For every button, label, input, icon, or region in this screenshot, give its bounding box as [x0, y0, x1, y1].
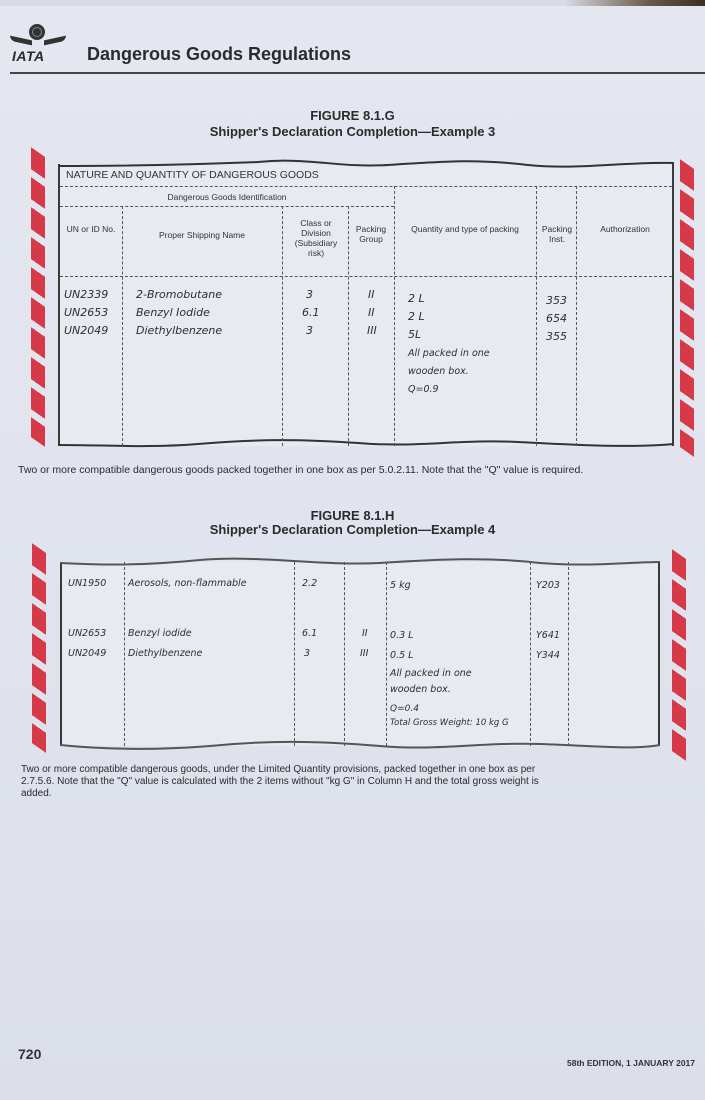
- un-number: UN2653: [64, 306, 108, 319]
- column-divider: [124, 562, 125, 746]
- figure-g-number: FIGURE 8.1.G: [0, 108, 705, 124]
- packing-inst: Y344: [536, 650, 560, 661]
- torn-top-edge: [60, 554, 660, 568]
- column-divider: [568, 562, 569, 746]
- left-hatch-border: [32, 543, 46, 753]
- iata-logo: IATA: [10, 24, 66, 68]
- class: 6.1: [302, 628, 317, 639]
- group-header: Dangerous Goods Identification: [60, 192, 394, 202]
- column-header-un: UN or ID No.: [62, 224, 120, 234]
- page-header: IATA Dangerous Goods Regulations: [10, 22, 705, 74]
- packing-group: III: [367, 324, 377, 337]
- column-divider: [282, 206, 283, 446]
- quantity: 0.3 L: [390, 630, 413, 641]
- right-hatch-border: [672, 549, 686, 761]
- packing-note: wooden box.: [408, 366, 469, 377]
- packing-note: wooden box.: [390, 684, 451, 695]
- column-divider: [348, 206, 349, 446]
- globe-icon: [29, 24, 45, 40]
- torn-bottom-edge: [60, 738, 660, 752]
- class: 6.1: [302, 306, 320, 319]
- figure-g-note: Two or more compatible dangerous goods p…: [18, 464, 705, 476]
- shipping-name: Diethylbenzene: [136, 324, 222, 337]
- un-number: UN2049: [64, 324, 108, 337]
- edition-label: 58th EDITION, 1 JANUARY 2017: [567, 1058, 695, 1068]
- figure-h-form: UN1950 Aerosols, non-flammable 2.2 5 kg …: [60, 562, 660, 746]
- column-divider: [122, 206, 123, 446]
- figure-g-title: Shipper's Declaration Completion—Example…: [0, 124, 705, 140]
- shipping-name: 2-Bromobutane: [136, 288, 222, 301]
- torn-top-edge: [58, 156, 674, 170]
- note-line: 2.7.5.6. Note that the "Q" value is calc…: [21, 776, 705, 788]
- left-hatch-border: [31, 147, 45, 447]
- wing-icon: [10, 36, 32, 46]
- class: 3: [306, 324, 313, 337]
- q-value: Q=0.4: [390, 704, 419, 714]
- un-number: UN1950: [68, 578, 106, 589]
- quantity: 2 L: [408, 292, 425, 305]
- divider: [60, 186, 672, 187]
- column-header-qty: Quantity and type of packing: [410, 224, 520, 234]
- quantity: 2 L: [408, 310, 425, 323]
- page-title: Dangerous Goods Regulations: [87, 44, 351, 65]
- un-number: UN2339: [64, 288, 108, 301]
- packing-inst: 355: [546, 330, 567, 343]
- column-divider: [530, 562, 531, 746]
- section-header: NATURE AND QUANTITY OF DANGEROUS GOODS: [66, 170, 319, 180]
- column-divider: [576, 186, 577, 446]
- column-divider: [536, 186, 537, 446]
- column-divider: [386, 562, 387, 746]
- packing-group: II: [368, 288, 375, 301]
- total-gross-weight: Total Gross Weight: 10 kg G: [390, 718, 509, 728]
- packing-note: All packed in one: [408, 348, 490, 359]
- column-header-pg: Packing Group: [350, 224, 392, 244]
- note-line: added.: [21, 788, 705, 800]
- un-number: UN2653: [68, 628, 106, 639]
- packing-inst: Y203: [536, 580, 560, 591]
- column-header-pi: Packing Inst.: [538, 224, 576, 244]
- packing-note: All packed in one: [390, 668, 472, 679]
- class: 2.2: [302, 578, 317, 589]
- packing-group: II: [368, 306, 375, 319]
- shipping-name: Diethylbenzene: [128, 648, 202, 659]
- packing-group: III: [360, 648, 368, 659]
- figure-h-title: Shipper's Declaration Completion—Example…: [0, 522, 705, 538]
- shipping-name: Aerosols, non-flammable: [128, 578, 247, 589]
- note-line: Two or more compatible dangerous goods, …: [21, 764, 705, 776]
- un-number: UN2049: [68, 648, 106, 659]
- logo-text: IATA: [12, 48, 45, 64]
- figure-g-form: NATURE AND QUANTITY OF DANGEROUS GOODS D…: [58, 164, 674, 446]
- packing-inst: Y641: [536, 630, 560, 641]
- wing-icon: [44, 36, 66, 46]
- packing-inst: 353: [546, 294, 567, 307]
- class: 3: [304, 648, 310, 659]
- q-value: Q=0.9: [408, 384, 439, 395]
- divider: [60, 276, 672, 277]
- quantity: 5L: [408, 328, 421, 341]
- shipping-name: Benzyl iodide: [128, 628, 192, 639]
- page-top-edge: [0, 0, 705, 6]
- quantity: 0.5 L: [390, 650, 413, 661]
- quantity: 5 kg: [390, 580, 411, 591]
- header-divider: [10, 72, 705, 74]
- column-header-authorization: Authorization: [578, 224, 672, 234]
- column-header-name: Proper Shipping Name: [124, 230, 280, 240]
- shipping-name: Benzyl Iodide: [136, 306, 210, 319]
- column-header-class: Class or Division (Subsidiary risk): [286, 218, 346, 258]
- column-divider: [294, 562, 295, 746]
- torn-bottom-edge: [58, 436, 674, 450]
- class: 3: [306, 288, 313, 301]
- packing-group: II: [362, 628, 368, 639]
- right-hatch-border: [680, 159, 694, 457]
- packing-inst: 654: [546, 312, 567, 325]
- page-number: 720: [18, 1046, 41, 1062]
- column-divider: [394, 186, 395, 446]
- column-divider: [344, 562, 345, 746]
- divider: [60, 206, 394, 207]
